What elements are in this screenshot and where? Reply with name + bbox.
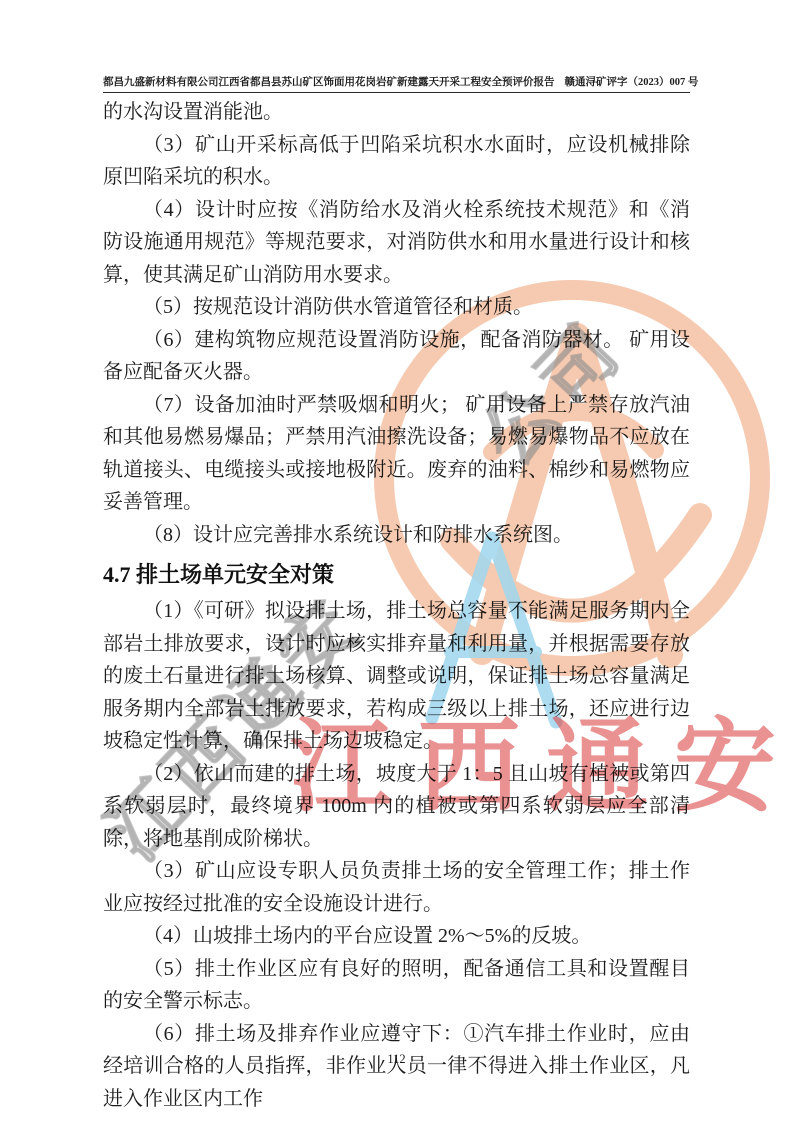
body-paragraph: （8）设计应完善排水系统设计和防排水系统图。 [103, 519, 690, 552]
paragraph-group-fire-safety: （3）矿山开采标高低于凹陷采坑积水水面时，应设机械排除原凹陷采坑的积水。（4）设… [103, 129, 690, 552]
page-number: 112 [387, 1052, 405, 1066]
body-paragraph-continued: 的水沟设置消能池。 [103, 96, 690, 129]
body-paragraph: （5）按规范设计消防供水管道管径和材质。 [103, 291, 690, 324]
page-footer: 112 [0, 1052, 793, 1067]
page-header: 都昌九盛新材料有限公司江西省都昌县苏山矿区饰面用花岗岩矿新建露天开采工程安全预评… [103, 76, 690, 93]
body-paragraph: （1）《可研》拟设排土场，排土场总容量不能满足服务期内全部岩土排放要求，设计时应… [103, 595, 690, 758]
document-page: 都昌九盛新材料有限公司江西省都昌县苏山矿区饰面用花岗岩矿新建露天开采工程安全预评… [0, 0, 793, 1122]
body-paragraph: （7）设备加油时严禁吸烟和明火； 矿用设备上严禁存放汽油和其他易燃易爆品；严禁用… [103, 389, 690, 519]
header-report-title: 都昌九盛新材料有限公司江西省都昌县苏山矿区饰面用花岗岩矿新建露天开采工程安全预评… [103, 76, 555, 90]
body-paragraph: （4）山坡排土场内的平台应设置 2%～5%的反坡。 [103, 920, 690, 953]
header-doc-number: 赣通浔矿评字（2023）007 号 [555, 76, 699, 90]
body-paragraph: （3）矿山开采标高低于凹陷采坑积水水面时，应设机械排除原凹陷采坑的积水。 [103, 129, 690, 194]
body-paragraph: （4）设计时应按《消防给水及消火栓系统技术规范》和《消防设施通用规范》等规范要求… [103, 194, 690, 292]
document-body: 的水沟设置消能池。 （3）矿山开采标高低于凹陷采坑积水水面时，应设机械排除原凹陷… [103, 96, 690, 1115]
body-paragraph: （3）矿山应设专职人员负责排土场的安全管理工作；排土作业应按经过批准的安全设施设… [103, 855, 690, 920]
paragraph-group-dump-site: （1）《可研》拟设排土场，排土场总容量不能满足服务期内全部岩土排放要求，设计时应… [103, 595, 690, 1115]
body-paragraph: （2）依山而建的排土场，坡度大于 1：5 且山坡有植被或第四系软弱层时，最终境界… [103, 758, 690, 856]
body-paragraph: （5）排土作业区应有良好的照明，配备通信工具和设置醒目的安全警示标志。 [103, 953, 690, 1018]
section-heading: 4.7 排土场单元安全对策 [103, 558, 690, 592]
body-paragraph: （6）建构筑物应规范设置消防设施，配备消防器材。 矿用设备应配备灭火器。 [103, 324, 690, 389]
